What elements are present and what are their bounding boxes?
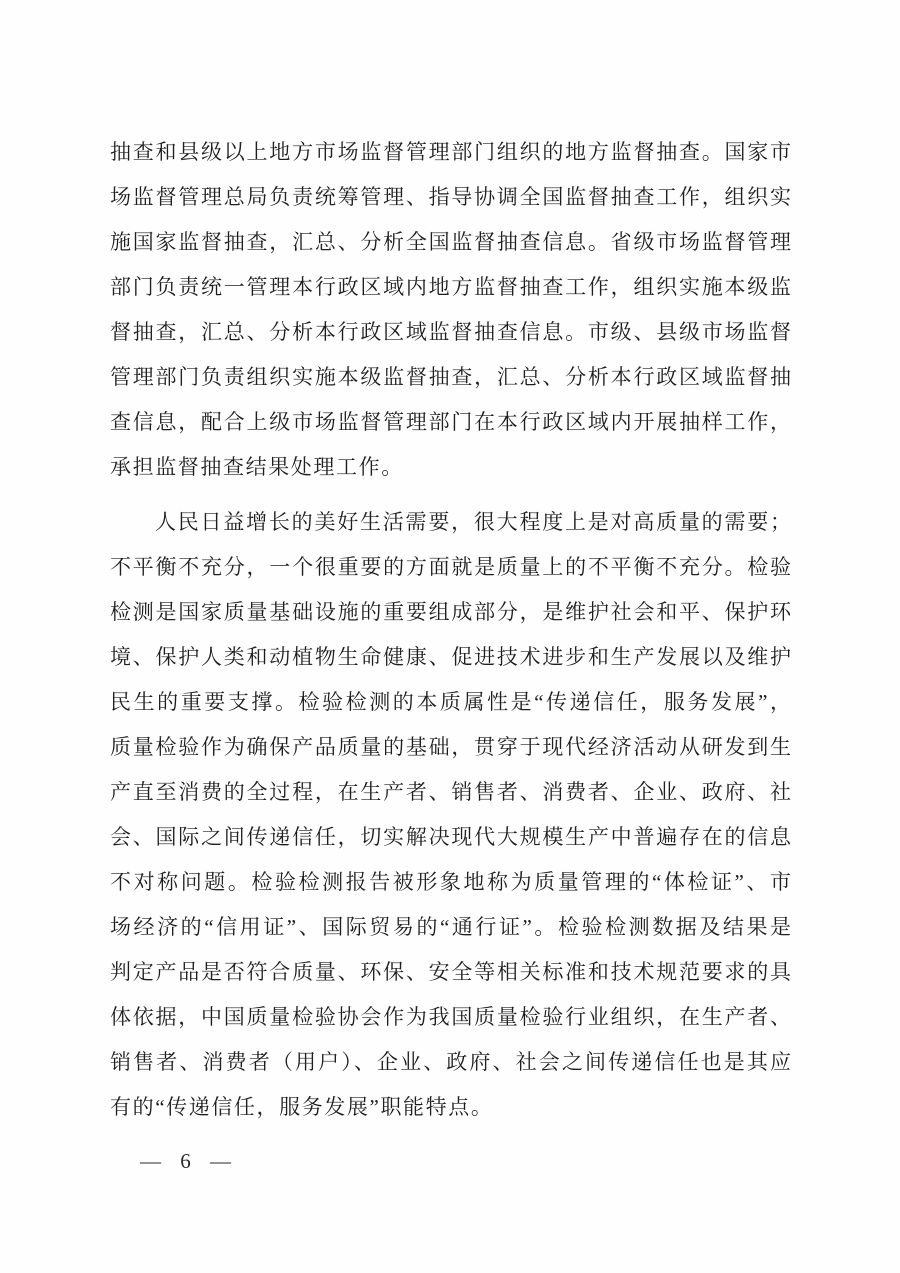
text-line: 管理部门负责组织实施本级监督抽查，汇总、分析本行政区域监督抽 bbox=[110, 355, 791, 400]
text-line: 判定产品是否符合质量、环保、安全等相关标准和技术规范要求的具 bbox=[110, 950, 791, 995]
text-line: 检测是国家质量基础设施的重要组成部分，是维护社会和平、保护环 bbox=[110, 590, 791, 635]
text-line: 抽查和县级以上地方市场监督管理部门组织的地方监督抽查。国家市 bbox=[110, 130, 791, 175]
text-line: 有的“传递信任，服务发展”职能特点。 bbox=[110, 1085, 791, 1130]
text-line: 境、保护人类和动植物生命健康、促进技术进步和生产发展以及维护 bbox=[110, 635, 791, 680]
text-line: 人民日益增长的美好生活需要，很大程度上是对高质量的需要； bbox=[110, 500, 791, 545]
paragraph-1: 抽查和县级以上地方市场监督管理部门组织的地方监督抽查。国家市 场监督管理总局负责… bbox=[110, 130, 791, 490]
text-line: 承担监督抽查结果处理工作。 bbox=[110, 445, 791, 490]
text-line: 会、国际之间传递信任，切实解决现代大规模生产中普遍存在的信息 bbox=[110, 815, 791, 860]
text-line: 民生的重要支撑。检验检测的本质属性是“传递信任，服务发展”， bbox=[110, 680, 791, 725]
text-line: 体依据，中国质量检验协会作为我国质量检验行业组织，在生产者、 bbox=[110, 995, 791, 1040]
text-line: 质量检验作为确保产品质量的基础，贯穿于现代经济活动从研发到生 bbox=[110, 725, 791, 770]
page-number: — 6 — bbox=[140, 1149, 238, 1173]
text-line: 销售者、消费者（用户）、企业、政府、社会之间传递信任也是其应 bbox=[110, 1040, 791, 1085]
text-line: 产直至消费的全过程，在生产者、销售者、消费者、企业、政府、社 bbox=[110, 770, 791, 815]
document-page: 抽查和县级以上地方市场监督管理部门组织的地方监督抽查。国家市 场监督管理总局负责… bbox=[0, 0, 900, 1273]
text-block: 抽查和县级以上地方市场监督管理部门组织的地方监督抽查。国家市 场监督管理总局负责… bbox=[110, 130, 791, 1130]
text-line: 部门负责统一管理本行政区域内地方监督抽查工作，组织实施本级监 bbox=[110, 265, 791, 310]
text-line: 场监督管理总局负责统筹管理、指导协调全国监督抽查工作，组织实 bbox=[110, 175, 791, 220]
text-line: 施国家监督抽查，汇总、分析全国监督抽查信息。省级市场监督管理 bbox=[110, 220, 791, 265]
paragraph-2: 人民日益增长的美好生活需要，很大程度上是对高质量的需要； 不平衡不充分，一个很重… bbox=[110, 500, 791, 1130]
text-line: 不对称问题。检验检测报告被形象地称为质量管理的“体检证”、市 bbox=[110, 860, 791, 905]
page-footer: — 6 — bbox=[140, 1146, 238, 1176]
text-line: 不平衡不充分，一个很重要的方面就是质量上的不平衡不充分。检验 bbox=[110, 545, 791, 590]
text-line: 督抽查，汇总、分析本行政区域监督抽查信息。市级、县级市场监督 bbox=[110, 310, 791, 355]
text-line: 场经济的“信用证”、国际贸易的“通行证”。检验检测数据及结果是 bbox=[110, 905, 791, 950]
text-line: 查信息，配合上级市场监督管理部门在本行政区域内开展抽样工作， bbox=[110, 400, 791, 445]
